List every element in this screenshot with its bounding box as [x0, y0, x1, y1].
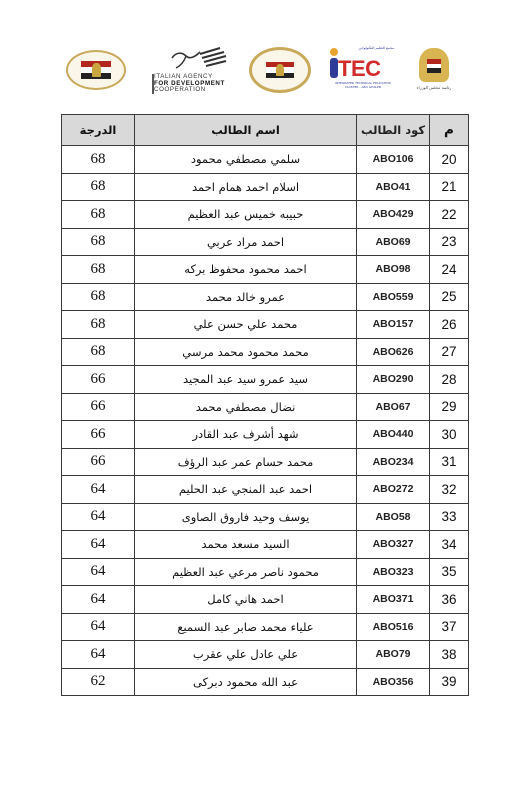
- row-num: 20: [430, 146, 469, 174]
- table-row: 21ABO41اسلام احمد همام احمد68: [62, 173, 469, 201]
- row-num: 33: [430, 503, 469, 531]
- table-row: 31ABO234محمد حسام عمر عبد الرؤف66: [62, 448, 469, 476]
- student-name: عمرو خالد محمد: [135, 283, 357, 311]
- student-code: ABO67: [357, 393, 430, 421]
- table-row: 36ABO371احمد هاني كامل64: [62, 586, 469, 614]
- student-grade: 68: [62, 311, 135, 339]
- student-grade: 62: [62, 668, 135, 696]
- student-code: ABO58: [357, 503, 430, 531]
- student-name: سيد عمرو سيد عبد المجيد: [135, 366, 357, 394]
- dove-icon: [170, 46, 230, 72]
- row-num: 22: [430, 201, 469, 229]
- row-num: 34: [430, 531, 469, 559]
- table-row: 26ABO157محمد علي حسن علي68: [62, 311, 469, 339]
- student-grade: 64: [62, 503, 135, 531]
- student-name: حبيبه خميس عبد العظيم: [135, 201, 357, 229]
- student-grade: 66: [62, 366, 135, 394]
- table-row: 29ABO67نضال مصطفي محمد66: [62, 393, 469, 421]
- flag-emblem-icon: [266, 62, 294, 78]
- itec-logo: TEC مجمع التعليم التكنولوجي INTEGRATED T…: [330, 42, 396, 94]
- student-name: احمد هاني كامل: [135, 586, 357, 614]
- row-num: 23: [430, 228, 469, 256]
- student-code: ABO356: [357, 668, 430, 696]
- student-grade: 64: [62, 531, 135, 559]
- student-code: ABO106: [357, 146, 430, 174]
- student-grade: 68: [62, 338, 135, 366]
- table-row: 35ABO323محمود ناصر مرعي عبد العظيم64: [62, 558, 469, 586]
- student-code: ABO626: [357, 338, 430, 366]
- student-grade: 64: [62, 476, 135, 504]
- row-num: 32: [430, 476, 469, 504]
- student-name: علي عادل علي عقرب: [135, 641, 357, 669]
- flame-icon: [330, 48, 338, 56]
- student-code: ABO272: [357, 476, 430, 504]
- student-grade: 66: [62, 421, 135, 449]
- table-row: 30ABO440شهد أشرف عبد القادر66: [62, 421, 469, 449]
- table-row: 32ABO272احمد عبد المنجي عبد الحليم64: [62, 476, 469, 504]
- student-code: ABO157: [357, 311, 430, 339]
- student-grade: 64: [62, 641, 135, 669]
- row-num: 25: [430, 283, 469, 311]
- student-code: ABO371: [357, 586, 430, 614]
- table-row: 38ABO79علي عادل علي عقرب64: [62, 641, 469, 669]
- itec-wordmark: TEC: [338, 56, 381, 82]
- flag-shield-icon: [427, 59, 441, 73]
- student-name: احمد مراد عربي: [135, 228, 357, 256]
- row-num: 26: [430, 311, 469, 339]
- table-row: 34ABO327السيد مسعد محمد64: [62, 531, 469, 559]
- student-name: نضال مصطفي محمد: [135, 393, 357, 421]
- student-grade: 68: [62, 228, 135, 256]
- row-num: 31: [430, 448, 469, 476]
- student-grade: 64: [62, 558, 135, 586]
- header-grade: الدرجة: [62, 115, 135, 146]
- table-row: 28ABO290سيد عمرو سيد عبد المجيد66: [62, 366, 469, 394]
- egypt-eagle-logo: رئاسة مجلس الوزراء: [414, 44, 454, 96]
- row-num: 39: [430, 668, 469, 696]
- row-num: 36: [430, 586, 469, 614]
- student-code: ABO516: [357, 613, 430, 641]
- student-name: احمد عبد المنجي عبد الحليم: [135, 476, 357, 504]
- row-num: 30: [430, 421, 469, 449]
- student-name: يوسف وحيد فاروق الصاوى: [135, 503, 357, 531]
- student-code: ABO327: [357, 531, 430, 559]
- table-row: 33ABO58يوسف وحيد فاروق الصاوى64: [62, 503, 469, 531]
- table-row: 25ABO559عمرو خالد محمد68: [62, 283, 469, 311]
- row-num: 24: [430, 256, 469, 284]
- student-grade: 64: [62, 586, 135, 614]
- table-row: 20ABO106سلمي مصطفي محمود68: [62, 146, 469, 174]
- itec-i-glyph: [330, 58, 338, 78]
- header-student-name: اسم الطالب: [135, 115, 357, 146]
- student-code: ABO559: [357, 283, 430, 311]
- table-row: 27ABO626محمد محمود محمد مرسي68: [62, 338, 469, 366]
- student-code: ABO323: [357, 558, 430, 586]
- header-student-code: كود الطالب: [357, 115, 430, 146]
- student-name: عبد الله محمود دبركى: [135, 668, 357, 696]
- ministry-seal-logo: [249, 47, 311, 93]
- itec-arabic-text: مجمع التعليم التكنولوجي: [342, 46, 394, 50]
- table-row: 24ABO98احمد محمود محفوظ بركه68: [62, 256, 469, 284]
- table-row: 23ABO69احمد مراد عربي68: [62, 228, 469, 256]
- student-code: ABO69: [357, 228, 430, 256]
- student-name: محمود ناصر مرعي عبد العظيم: [135, 558, 357, 586]
- cabinet-caption: رئاسة مجلس الوزراء: [414, 85, 454, 90]
- student-name: علياء محمد صابر عبد السميع: [135, 613, 357, 641]
- table-header-row: م كود الطالب اسم الطالب الدرجة: [62, 115, 469, 146]
- student-code: ABO440: [357, 421, 430, 449]
- row-num: 37: [430, 613, 469, 641]
- table-row: 37ABO516علياء محمد صابر عبد السميع64: [62, 613, 469, 641]
- student-code: ABO79: [357, 641, 430, 669]
- student-grade: 68: [62, 201, 135, 229]
- header-num: م: [430, 115, 469, 146]
- student-name: محمد علي حسن علي: [135, 311, 357, 339]
- row-num: 27: [430, 338, 469, 366]
- student-grade: 64: [62, 613, 135, 641]
- agency-line-3: COOPERATION: [154, 87, 234, 94]
- student-grades-table: م كود الطالب اسم الطالب الدرجة 20ABO106س…: [61, 114, 469, 696]
- student-name: سلمي مصطفي محمود: [135, 146, 357, 174]
- italian-agency-text: ITALIAN AGENCY FOR DEVELOPMENT COOPERATI…: [154, 74, 234, 94]
- student-code: ABO41: [357, 173, 430, 201]
- student-grade: 68: [62, 256, 135, 284]
- student-grade: 66: [62, 448, 135, 476]
- header-logos: ITALIAN AGENCY FOR DEVELOPMENT COOPERATI…: [0, 0, 525, 110]
- student-grade: 66: [62, 393, 135, 421]
- row-num: 29: [430, 393, 469, 421]
- student-grade: 68: [62, 146, 135, 174]
- student-grade: 68: [62, 173, 135, 201]
- student-name: شهد أشرف عبد القادر: [135, 421, 357, 449]
- itec-subtitle: INTEGRATED TECHNICAL EDUCATION CLUSTER -…: [330, 81, 396, 89]
- student-code: ABO98: [357, 256, 430, 284]
- table-row: 22ABO429حبيبه خميس عبد العظيم68: [62, 201, 469, 229]
- student-name: احمد محمود محفوظ بركه: [135, 256, 357, 284]
- student-name: محمد محمود محمد مرسي: [135, 338, 357, 366]
- row-num: 38: [430, 641, 469, 669]
- student-name: محمد حسام عمر عبد الرؤف: [135, 448, 357, 476]
- italian-agency-logo: ITALIAN AGENCY FOR DEVELOPMENT COOPERATI…: [152, 44, 232, 92]
- student-name: السيد مسعد محمد: [135, 531, 357, 559]
- student-code: ABO429: [357, 201, 430, 229]
- teachers-syndicate-seal-logo: [66, 50, 126, 90]
- student-code: ABO290: [357, 366, 430, 394]
- flag-emblem-icon: [81, 61, 111, 79]
- student-name: اسلام احمد همام احمد: [135, 173, 357, 201]
- student-code: ABO234: [357, 448, 430, 476]
- row-num: 35: [430, 558, 469, 586]
- row-num: 28: [430, 366, 469, 394]
- student-grade: 68: [62, 283, 135, 311]
- row-num: 21: [430, 173, 469, 201]
- table-row: 39ABO356عبد الله محمود دبركى62: [62, 668, 469, 696]
